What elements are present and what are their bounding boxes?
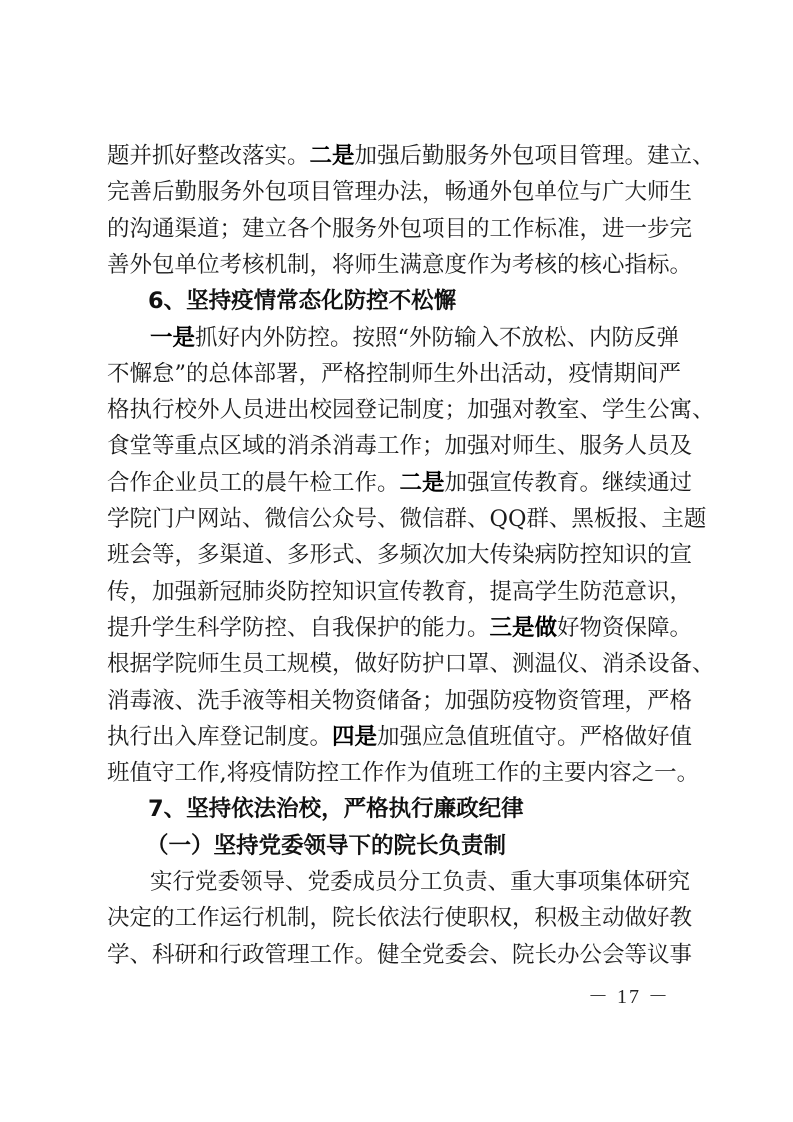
paragraph-line: 学院门户网站、微信公众号、微信群、QQ群、黑板报、主题 — [107, 501, 677, 537]
paragraph-line: 善外包单位考核机制，将师生满意度作为考核的核心指标。 — [107, 247, 677, 283]
paragraph-line: 题并抓好整改落实。二是加强后勤服务外包项目管理。建立、 — [107, 138, 677, 174]
emphasis-text: 四是 — [332, 724, 377, 750]
line-text: 格执行校外人员进出校园登记制度；加强对教室、学生公寓、 — [107, 397, 715, 423]
paragraph-line: 完善后勤服务外包项目管理办法，畅通外包单位与广大师生 — [107, 174, 677, 210]
paragraph-line: 食堂等重点区域的消杀消毒工作；加强对师生、服务人员及 — [107, 428, 677, 464]
paragraph-line: 班值守工作,将疫情防控工作作为值班工作的主要内容之一。 — [107, 755, 677, 791]
document-page: 题并抓好整改落实。二是加强后勤服务外包项目管理。建立、完善后勤服务外包项目管理办… — [0, 0, 793, 1122]
line-text: 加强应急值班值守。严格做好值 — [377, 724, 692, 750]
section-heading: 6、坚持疫情常态化防控不松懈 — [148, 283, 718, 319]
paragraph-line: 学、科研和行政管理工作。健全党委会、院长办公会等议事 — [107, 937, 677, 973]
line-text: 善外包单位考核机制，将师生满意度作为考核的核心指标。 — [107, 252, 692, 278]
paragraph-line: 格执行校外人员进出校园登记制度；加强对教室、学生公寓、 — [107, 392, 677, 428]
page-number: － 17 － — [588, 980, 670, 1009]
line-text: 消毒液、洗手液等相关物资储备；加强防疫物资管理，严格 — [107, 688, 692, 714]
line-text: 提升学生科学防控、自我保护的能力。 — [107, 615, 490, 641]
paragraph-line: 消毒液、洗手液等相关物资储备；加强防疫物资管理，严格 — [107, 683, 677, 719]
paragraph-line: 班会等，多渠道、多形式、多频次加大传染病防控知识的宣 — [107, 537, 677, 573]
emphasis-text: 二是 — [400, 470, 445, 496]
paragraph-line: 实行党委领导、党委成员分工负责、重大事项集体研究 — [150, 864, 677, 900]
line-text: 题并抓好整改落实。 — [107, 143, 310, 169]
emphasis-text: 二是 — [310, 143, 355, 169]
line-text: 抓好内外防控。按照“外防输入不放松、内防反弹 — [195, 325, 679, 351]
paragraph-line: 一是抓好内外防控。按照“外防输入不放松、内防反弹 — [150, 320, 677, 356]
line-text: 执行出入库登记制度。 — [107, 724, 332, 750]
line-text: 好物资保障。 — [557, 615, 692, 641]
line-text: 根据学院师生员工规模，做好防护口罩、测温仪、消杀设备、 — [107, 651, 715, 677]
line-text: 7、坚持依法治校，严格执行廉政纪律 — [148, 796, 524, 822]
paragraph-line: 不懈怠”的总体部署，严格控制师生外出活动，疫情期间严 — [107, 356, 677, 392]
line-text: 实行党委领导、党委成员分工负责、重大事项集体研究 — [150, 869, 690, 895]
line-text: 合作企业员工的晨午检工作。 — [107, 470, 400, 496]
line-text: 加强后勤服务外包项目管理。建立、 — [355, 143, 715, 169]
line-text: （一）坚持党委领导下的院长负责制 — [146, 833, 506, 859]
line-text: 的沟通渠道；建立各个服务外包项目的工作标准，进一步完 — [107, 216, 692, 242]
section-heading: （一）坚持党委领导下的院长负责制 — [146, 828, 716, 864]
line-text: 学院门户网站、微信公众号、微信群、QQ群、黑板报、主题 — [107, 506, 706, 532]
paragraph-line: 传，加强新冠肺炎防控知识宣传教育，提高学生防范意识， — [107, 574, 677, 610]
line-text: 传，加强新冠肺炎防控知识宣传教育，提高学生防范意识， — [107, 579, 692, 605]
paragraph-line: 执行出入库登记制度。四是加强应急值班值守。严格做好值 — [107, 719, 677, 755]
line-text: 加强宣传教育。继续通过 — [445, 470, 693, 496]
emphasis-text: 一是 — [150, 325, 195, 351]
line-text: 食堂等重点区域的消杀消毒工作；加强对师生、服务人员及 — [107, 433, 692, 459]
paragraph-line: 提升学生科学防控、自我保护的能力。三是做好物资保障。 — [107, 610, 677, 646]
paragraph-line: 合作企业员工的晨午检工作。二是加强宣传教育。继续通过 — [107, 465, 677, 501]
section-heading: 7、坚持依法治校，严格执行廉政纪律 — [148, 791, 718, 827]
line-text: 班值守工作,将疫情防控工作作为值班工作的主要内容之一。 — [107, 760, 699, 786]
emphasis-text: 三是做 — [490, 615, 558, 641]
line-text: 决定的工作运行机制，院长依法行使职权，积极主动做好教 — [107, 905, 692, 931]
line-text: 学、科研和行政管理工作。健全党委会、院长办公会等议事 — [107, 942, 692, 968]
paragraph-line: 根据学院师生员工规模，做好防护口罩、测温仪、消杀设备、 — [107, 646, 677, 682]
line-text: 完善后勤服务外包项目管理办法，畅通外包单位与广大师生 — [107, 179, 692, 205]
paragraph-line: 决定的工作运行机制，院长依法行使职权，积极主动做好教 — [107, 900, 677, 936]
paragraph-line: 的沟通渠道；建立各个服务外包项目的工作标准，进一步完 — [107, 211, 677, 247]
line-text: 不懈怠”的总体部署，严格控制师生外出活动，疫情期间严 — [107, 361, 681, 387]
line-text: 6、坚持疫情常态化防控不松懈 — [148, 288, 456, 314]
line-text: 班会等，多渠道、多形式、多频次加大传染病防控知识的宣 — [107, 542, 692, 568]
